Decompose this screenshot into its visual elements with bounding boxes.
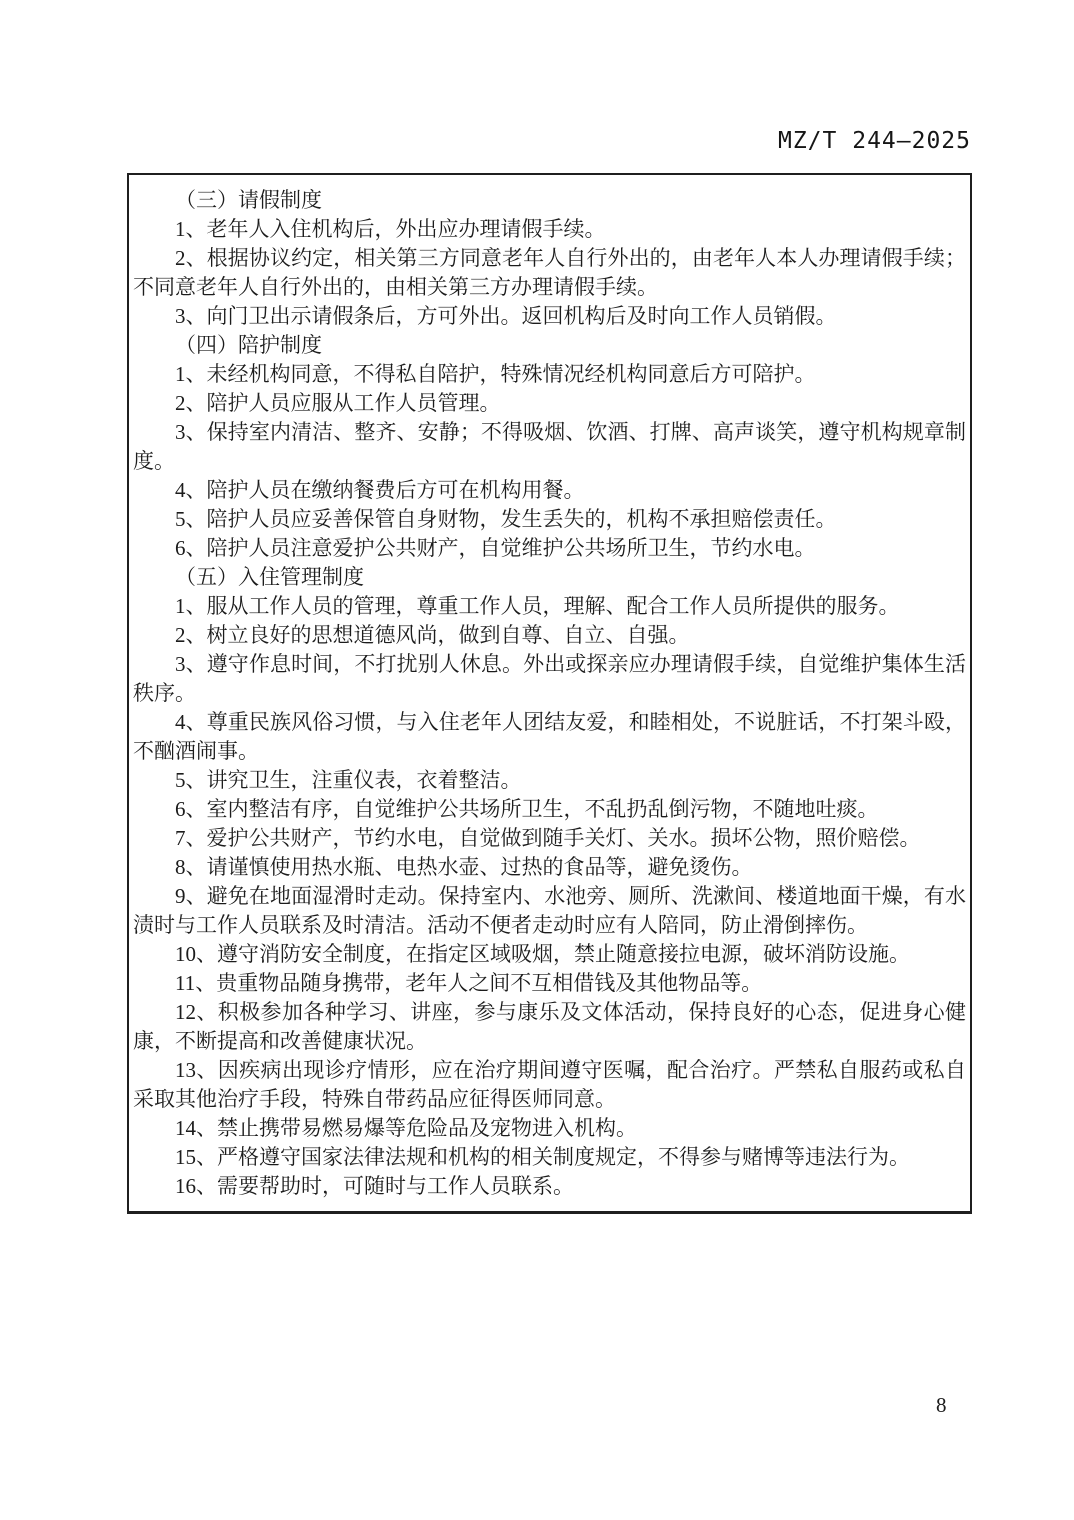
regulation-paragraph: 3、保持室内清洁、整齐、安静；不得吸烟、饮酒、打牌、高声谈笑，遵守机构规章制度。 bbox=[133, 418, 966, 476]
regulation-paragraph: 3、遵守作息时间，不打扰别人休息。外出或探亲应办理请假手续，自觉维护集体生活秩序… bbox=[133, 650, 966, 708]
regulation-paragraph: 4、尊重民族风俗习惯，与入住老年人团结友爱，和睦相处，不说脏话，不打架斗殴，不酗… bbox=[133, 708, 966, 766]
regulation-paragraph: 11、贵重物品随身携带，老年人之间不互相借钱及其他物品等。 bbox=[133, 969, 966, 998]
regulation-paragraph: 6、室内整洁有序，自觉维护公共场所卫生，不乱扔乱倒污物，不随地吐痰。 bbox=[133, 795, 966, 824]
regulation-paragraph: 2、陪护人员应服从工作人员管理。 bbox=[133, 389, 966, 418]
regulation-paragraph: （三）请假制度 bbox=[133, 186, 966, 215]
regulation-paragraph: 3、向门卫出示请假条后，方可外出。返回机构后及时向工作人员销假。 bbox=[133, 302, 966, 331]
regulation-paragraph: （四）陪护制度 bbox=[133, 331, 966, 360]
regulation-paragraph: 14、禁止携带易燃易爆等危险品及宠物进入机构。 bbox=[133, 1114, 966, 1143]
regulation-paragraph: 1、服从工作人员的管理，尊重工作人员，理解、配合工作人员所提供的服务。 bbox=[133, 592, 966, 621]
regulation-paragraph: 13、因疾病出现诊疗情形，应在治疗期间遵守医嘱，配合治疗。严禁私自服药或私自采取… bbox=[133, 1056, 966, 1114]
standard-code-header: MZ/T 244—2025 bbox=[778, 128, 971, 154]
regulations-box: （三）请假制度1、老年人入住机构后，外出应办理请假手续。2、根据协议约定，相关第… bbox=[127, 173, 972, 1214]
regulation-paragraph: 4、陪护人员在缴纳餐费后方可在机构用餐。 bbox=[133, 476, 966, 505]
regulation-paragraph: 5、讲究卫生，注重仪表，衣着整洁。 bbox=[133, 766, 966, 795]
regulation-paragraph: 7、爱护公共财产，节约水电，自觉做到随手关灯、关水。损坏公物，照价赔偿。 bbox=[133, 824, 966, 853]
page-number: 8 bbox=[936, 1393, 947, 1418]
regulation-paragraph: 9、避免在地面湿滑时走动。保持室内、水池旁、厕所、洗漱间、楼道地面干燥，有水渍时… bbox=[133, 882, 966, 940]
regulation-paragraph: 8、请谨慎使用热水瓶、电热水壶、过热的食品等，避免烫伤。 bbox=[133, 853, 966, 882]
regulation-paragraph: 5、陪护人员应妥善保管自身财物，发生丢失的，机构不承担赔偿责任。 bbox=[133, 505, 966, 534]
regulation-paragraph: 2、根据协议约定，相关第三方同意老年人自行外出的，由老年人本人办理请假手续；不同… bbox=[133, 244, 966, 302]
regulation-paragraph: 12、积极参加各种学习、讲座，参与康乐及文体活动，保持良好的心态，促进身心健康，… bbox=[133, 998, 966, 1056]
regulation-paragraph: 10、遵守消防安全制度，在指定区域吸烟，禁止随意接拉电源，破坏消防设施。 bbox=[133, 940, 966, 969]
regulation-paragraph: 1、老年人入住机构后，外出应办理请假手续。 bbox=[133, 215, 966, 244]
regulation-paragraph: （五）入住管理制度 bbox=[133, 563, 966, 592]
regulation-paragraph: 1、未经机构同意，不得私自陪护，特殊情况经机构同意后方可陪护。 bbox=[133, 360, 966, 389]
document-page: MZ/T 244—2025 （三）请假制度1、老年人入住机构后，外出应办理请假手… bbox=[0, 0, 1074, 1520]
regulation-paragraph: 6、陪护人员注意爱护公共财产，自觉维护公共场所卫生，节约水电。 bbox=[133, 534, 966, 563]
regulation-paragraph: 16、需要帮助时，可随时与工作人员联系。 bbox=[133, 1172, 966, 1201]
regulation-paragraph: 15、严格遵守国家法律法规和机构的相关制度规定，不得参与赌博等违法行为。 bbox=[133, 1143, 966, 1172]
regulation-paragraph: 2、树立良好的思想道德风尚，做到自尊、自立、自强。 bbox=[133, 621, 966, 650]
